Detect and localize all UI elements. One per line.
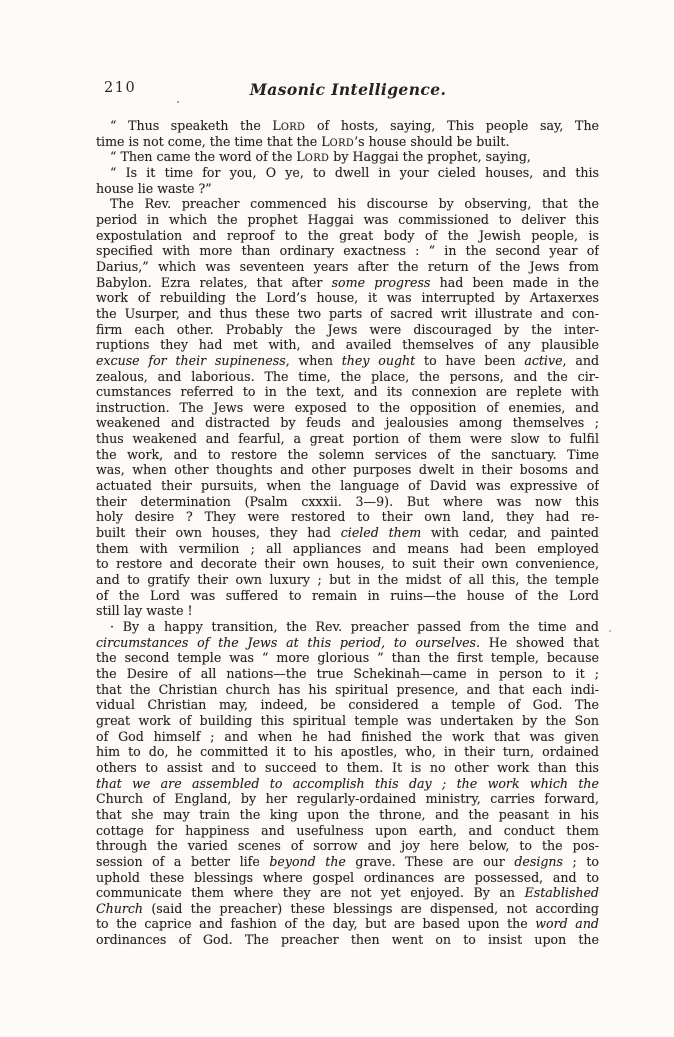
text-line: expostulation and reproof to the great b… — [96, 228, 599, 244]
text-line: built their own houses, they had cieled … — [96, 525, 599, 541]
text-line: period in which the prophet Haggai was c… — [96, 212, 599, 228]
text-line: “ Thus speaketh the Lord of hosts, sayin… — [96, 118, 599, 134]
text-block: “ Thus speaketh the Lord of hosts, sayin… — [96, 118, 599, 948]
text-line: still lay waste ! — [96, 603, 599, 619]
text-line: ruptions they had met with, and availed … — [96, 337, 599, 353]
text-line: cumstances referred to in the text, and … — [96, 384, 599, 400]
text-line: Church (said the preacher) these blessin… — [96, 901, 599, 917]
text-line: Church of England, by her regularly-orda… — [96, 791, 599, 807]
text-line: “ Then came the word of the Lord by Hagg… — [96, 149, 599, 165]
text-line: that we are assembled to accomplish this… — [96, 776, 599, 792]
paragraph: “ Then came the word of the Lord by Hagg… — [96, 149, 599, 165]
text-line: time is not come, the time that the Lord… — [96, 134, 599, 150]
text-line: communicate them where they are not yet … — [96, 885, 599, 901]
text-line: instruction. The Jews were exposed to th… — [96, 400, 599, 416]
text-line: “ Is it time for you, O ye, to dwell in … — [96, 165, 599, 181]
text-line: Babylon. Ezra relates, that after some p… — [96, 275, 599, 291]
scan-speck — [609, 630, 611, 632]
text-line: to restore and decorate their own houses… — [96, 556, 599, 572]
scan-speck — [177, 101, 179, 103]
text-line: that she may train the king upon the thr… — [96, 807, 599, 823]
text-line: was, when other thoughts and other purpo… — [96, 462, 599, 478]
text-line: thus weakened and fearful, a great porti… — [96, 431, 599, 447]
paragraph: “ Thus speaketh the Lord of hosts, sayin… — [96, 118, 599, 149]
text-line: the Desire of all nations—the true Schek… — [96, 666, 599, 682]
text-line: actuated their pursuits, when the langua… — [96, 478, 599, 494]
text-line: him to do, he committed it to his apostl… — [96, 744, 599, 760]
text-line: session of a better life beyond the grav… — [96, 854, 599, 870]
text-line: specified with more than ordinary exactn… — [96, 243, 599, 259]
text-line: their determination (Psalm cxxxii. 3—9).… — [96, 494, 599, 510]
text-line: of God himself ; and when he had finishe… — [96, 729, 599, 745]
text-line: holy desire ? They were restored to thei… — [96, 509, 599, 525]
paragraph: The Rev. preacher commenced his discours… — [96, 196, 599, 619]
text-line: Darius,” which was seventeen years after… — [96, 259, 599, 275]
paragraph: · By a happy transition, the Rev. preach… — [96, 619, 599, 948]
text-line: zealous, and laborious. The time, the pl… — [96, 369, 599, 385]
text-line: firm each other. Probably the Jews were … — [96, 322, 599, 338]
text-line: excuse for their supineness, when they o… — [96, 353, 599, 369]
text-line: work of rebuilding the Lord’s house, it … — [96, 290, 599, 306]
text-line: · By a happy transition, the Rev. preach… — [96, 619, 599, 635]
text-line: of the Lord was suffered to remain in ru… — [96, 588, 599, 604]
text-line: the second temple was “ more glorious ” … — [96, 650, 599, 666]
text-line: them with vermilion ; all appliances and… — [96, 541, 599, 557]
document-page: 210 Masonic Intelligence. “ Thus speaket… — [0, 0, 674, 1037]
text-line: the Usurper, and thus these two parts of… — [96, 306, 599, 322]
text-line: ordinances of God. The preacher then wen… — [96, 932, 599, 948]
text-line: house lie waste ?” — [96, 181, 599, 197]
text-line: and to gratify their own luxury ; but in… — [96, 572, 599, 588]
text-line: others to assist and to succeed to them.… — [96, 760, 599, 776]
text-line: circumstances of the Jews at this period… — [96, 635, 599, 651]
page-title: Masonic Intelligence. — [96, 80, 600, 99]
text-line: uphold these blessings where gospel ordi… — [96, 870, 599, 886]
text-line: weakened and distracted by feuds and jea… — [96, 415, 599, 431]
page-header: 210 Masonic Intelligence. — [96, 80, 600, 102]
text-line: The Rev. preacher commenced his discours… — [96, 196, 599, 212]
text-line: that the Christian church has his spirit… — [96, 682, 599, 698]
paragraph: “ Is it time for you, O ye, to dwell in … — [96, 165, 599, 196]
text-line: great work of building this spiritual te… — [96, 713, 599, 729]
text-line: the work, and to restore the solemn serv… — [96, 447, 599, 463]
text-line: through the varied scenes of sorrow and … — [96, 838, 599, 854]
text-line: vidual Christian may, indeed, be conside… — [96, 697, 599, 713]
text-line: cottage for happiness and usefulness upo… — [96, 823, 599, 839]
text-line: to the caprice and fashion of the day, b… — [96, 916, 599, 932]
